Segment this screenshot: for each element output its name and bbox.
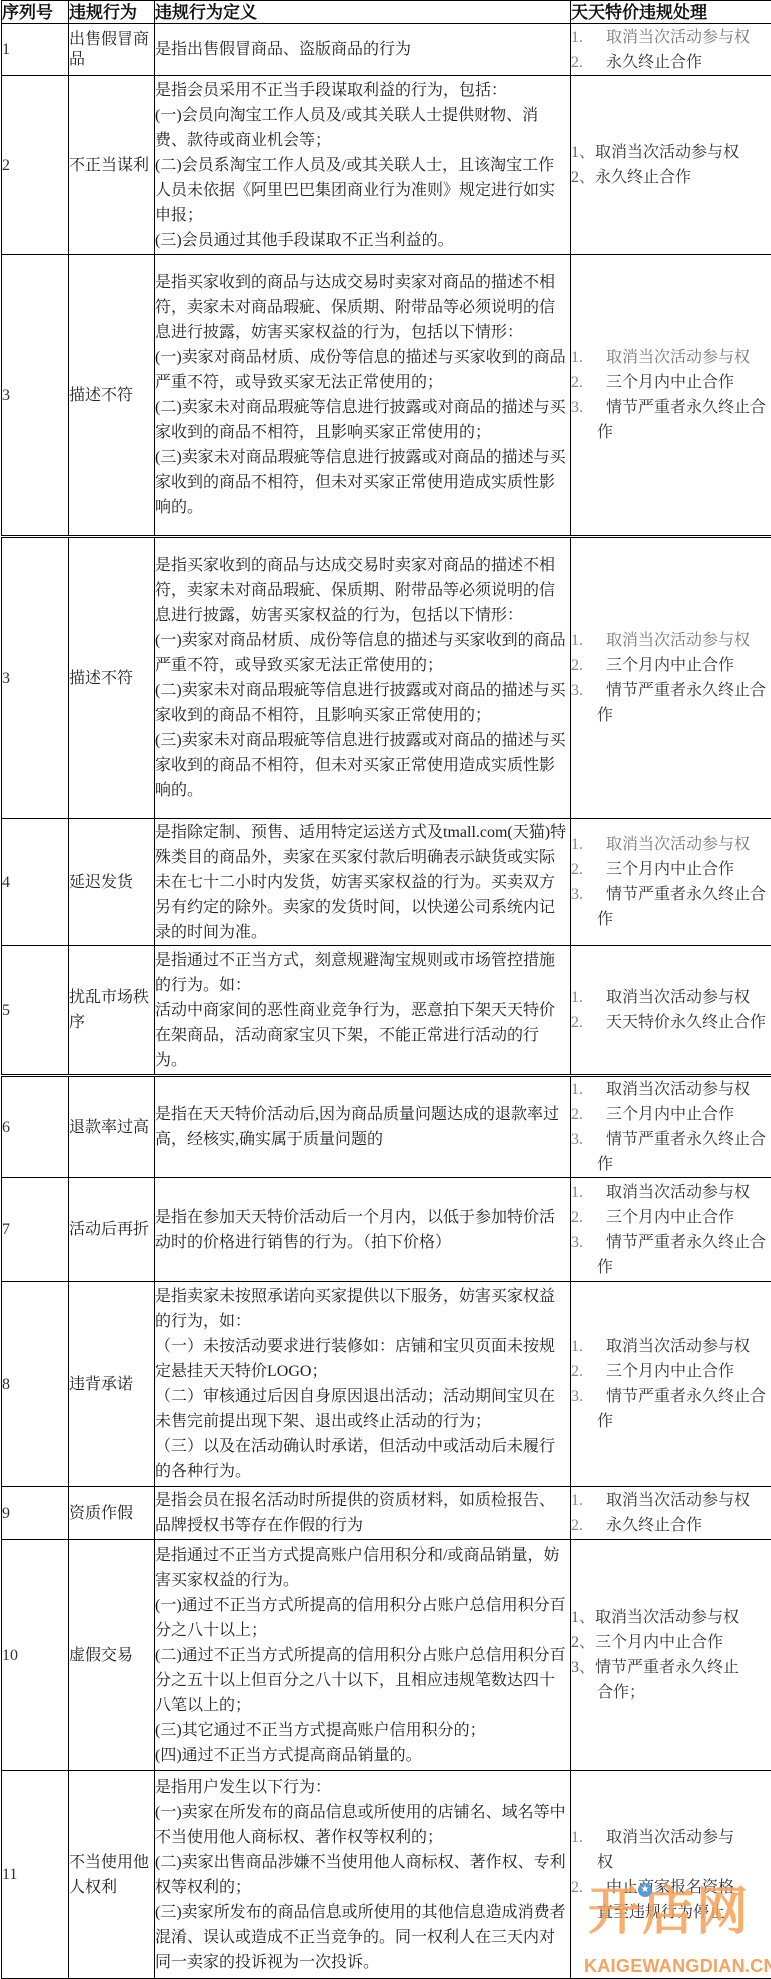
penalty-item: 2.三个月内中止合作 bbox=[571, 857, 771, 882]
definition-paragraph: (三)卖家未对商品瑕疵等信息进行披露或对商品的描述与买家收到的商品不相符，但未对… bbox=[155, 445, 570, 520]
definition-paragraph: (二)通过不正当方式所提高的信用积分占账户总信用积分百分之五十以上但百分之八十以… bbox=[155, 1643, 570, 1718]
violation-name: 虚假交易 bbox=[69, 1540, 155, 1771]
row-index: 7 bbox=[2, 1178, 69, 1282]
definition-paragraph: 是指在参加天天特价活动后一个月内，以低于参加特价活动时的价格进行销售的行为。（拍… bbox=[155, 1205, 570, 1255]
penalty-text: 取消当次活动参与权 bbox=[606, 836, 750, 853]
penalty-number: 2. bbox=[571, 1359, 606, 1384]
watermark-domain: KAIGEWANGDIAN.CN bbox=[584, 1956, 771, 1976]
penalty-item: 1、取消当次活动参与权 bbox=[571, 1605, 743, 1630]
violation-rules-table: 序列号 违规行为 违规行为定义 天天特价违规处理 1 出售假冒商品 是指出售假冒… bbox=[1, 0, 771, 1979]
definition-paragraph: 活动中商家间的恶性商业竞争行为，恶意拍下架天天特价在架商品，活动商家宝贝下架，不… bbox=[155, 998, 570, 1073]
penalty-list: 1.取消当次活动参与权 2.三个月内中止合作 3.情节严重者永久终止合作 bbox=[571, 819, 771, 946]
penalty-text: 永久终止合作 bbox=[595, 169, 691, 186]
table-row: 9 资质作假 是指会员在报名活动时所提供的资质材料，如质检报告、品牌授权书等存在… bbox=[2, 1487, 771, 1540]
definition-paragraph: (一)卖家对商品材质、成份等信息的描述与买家收到的商品严重不符，或导致买家无法正… bbox=[155, 628, 570, 678]
penalty-list: 1、取消当次活动参与权 2、永久终止合作 bbox=[571, 76, 771, 255]
penalty-text: 情节严重者永久终止合作 bbox=[597, 1388, 766, 1430]
penalty-item: 1.取消当次活动参与权 bbox=[571, 1825, 743, 1875]
penalty-text: 三个月内中止合作 bbox=[606, 1106, 734, 1123]
penalty-number: 1. bbox=[571, 1180, 606, 1205]
penalty-item: 3.情节严重者永久终止合作 bbox=[571, 1384, 771, 1434]
penalty-text: 情节严重者永久终止合作 bbox=[597, 682, 766, 724]
penalty-list: 1.取消当次活动参与权 2.天天特价永久终止合作 bbox=[571, 946, 771, 1076]
penalty-item: 1.取消当次活动参与权 bbox=[571, 1334, 771, 1359]
definition-paragraph: 是指出售假冒商品、盗版商品的行为 bbox=[155, 37, 570, 62]
violation-definition: 是指买家收到的商品与达成交易时卖家对商品的描述不相符，卖家未对商品瑕疵、保质期、… bbox=[155, 255, 571, 537]
row-index: 1 bbox=[2, 24, 69, 76]
penalty-number: 1. bbox=[571, 1488, 606, 1513]
row-index: 10 bbox=[2, 1540, 69, 1771]
penalty-number: 2. bbox=[571, 857, 606, 882]
header-penalty: 天天特价违规处理 bbox=[571, 1, 771, 24]
definition-paragraph: (一)会员向淘宝工作人员及/或其关联人士提供财物、消费、款待或商业机会等； bbox=[155, 103, 570, 153]
definition-paragraph: (三)卖家未对商品瑕疵等信息进行披露或对商品的描述与买家收到的商品不相符，但未对… bbox=[155, 728, 570, 803]
penalty-list: 1.取消当次活动参与权 2.三个月内中止合作 3.情节严重者永久终止合作 bbox=[571, 537, 771, 819]
penalty-text: 情节严重者永久终止合作 bbox=[597, 1234, 766, 1276]
definition-paragraph: (二)会员系淘宝工作人员及/或其关联人士，且该淘宝工作人员未依据《阿里巴巴集团商… bbox=[155, 153, 570, 228]
penalty-text: 取消当次活动参与权 bbox=[606, 349, 750, 366]
penalty-number: 3. bbox=[571, 882, 606, 907]
violation-name: 不当使用他人权利 bbox=[69, 1771, 155, 1979]
table-row: 7 活动后再折 是指在参加天天特价活动后一个月内，以低于参加特价活动时的价格进行… bbox=[2, 1178, 771, 1282]
definition-paragraph: (三)卖家所发布的商品信息或所使用的其他信息造成消费者混淆、误认或造成不正当竞争… bbox=[155, 1900, 570, 1975]
penalty-text: 取消当次活动参与权 bbox=[595, 144, 739, 161]
penalty-number: 1. bbox=[571, 1077, 606, 1102]
definition-paragraph: 是指会员采用不正当手段谋取利益的行为，包括： bbox=[155, 78, 570, 103]
definition-paragraph: （二）审核通过后因自身原因退出活动；活动期间宝贝在未售完前提出现下架、退出或终止… bbox=[155, 1384, 570, 1434]
penalty-item: 2.三个月内中止合作 bbox=[571, 653, 771, 678]
penalty-text: 取消当次活动参与权 bbox=[606, 1184, 750, 1201]
violation-name: 违背承诺 bbox=[69, 1282, 155, 1487]
definition-paragraph: (四)通过不正当方式提高商品销量的。 bbox=[155, 1743, 570, 1768]
row-index: 3 bbox=[2, 537, 69, 819]
penalty-number: 2. bbox=[571, 653, 606, 678]
violation-definition: 是指除定制、预售、适用特定运送方式及tmall.com(天猫)特殊类目的商品外，… bbox=[155, 819, 571, 946]
penalty-item: 2、永久终止合作 bbox=[571, 165, 771, 190]
definition-paragraph: (二)卖家未对商品瑕疵等信息进行披露或对商品的描述与买家收到的商品不相符，且影响… bbox=[155, 395, 570, 445]
penalty-number: 2. bbox=[571, 370, 606, 395]
penalty-text: 三个月内中止合作 bbox=[606, 1363, 734, 1380]
definition-paragraph: 是指买家收到的商品与达成交易时卖家对商品的描述不相符，卖家未对商品瑕疵、保质期、… bbox=[155, 270, 570, 345]
penalty-list: 1.取消当次活动参与权 2.永久终止合作 bbox=[571, 1487, 771, 1540]
penalty-list: 1、取消当次活动参与权 2、三个月内中止合作 3、情节严重者永久终止合作； bbox=[571, 1540, 771, 1771]
violation-name: 延迟发货 bbox=[69, 819, 155, 946]
penalty-text: 三个月内中止合作 bbox=[606, 861, 734, 878]
star-badge-icon: ★ bbox=[638, 1883, 652, 1897]
penalty-text: 情节严重者永久终止合作 bbox=[597, 886, 766, 928]
penalty-number: 3. bbox=[571, 1230, 606, 1255]
penalty-text: 永久终止合作 bbox=[606, 1517, 702, 1534]
violation-definition: 是指在天天特价活动后,因为商品质量问题达成的退款率过高，经核实,确实属于质量问题… bbox=[155, 1076, 571, 1178]
penalty-item: 2.三个月内中止合作 bbox=[571, 1102, 771, 1127]
penalty-number: 3. bbox=[571, 678, 606, 703]
penalty-number: 1. bbox=[571, 1334, 606, 1359]
violation-definition: 是指会员采用不正当手段谋取利益的行为，包括： (一)会员向淘宝工作人员及/或其关… bbox=[155, 76, 571, 255]
penalty-number: 1. bbox=[571, 985, 606, 1010]
definition-paragraph: (一)卖家在所发布的商品信息或所使用的店铺名、域名等中不当使用他人商标权、著作权… bbox=[155, 1800, 570, 1850]
table-row: 1 出售假冒商品 是指出售假冒商品、盗版商品的行为 1.取消当次活动参与权 2.… bbox=[2, 24, 771, 76]
penalty-number: 1、 bbox=[571, 140, 595, 165]
penalty-list: 1.取消当次活动参与权 2.三个月内中止合作 3.情节严重者永久终止合作 bbox=[571, 1076, 771, 1178]
penalty-text: 取消当次活动参与权 bbox=[606, 989, 750, 1006]
penalty-item: 1.取消当次活动参与权 bbox=[571, 1180, 771, 1205]
violation-definition: 是指在参加天天特价活动后一个月内，以低于参加特价活动时的价格进行销售的行为。（拍… bbox=[155, 1178, 571, 1282]
penalty-item: 1.取消当次活动参与权 bbox=[571, 628, 771, 653]
violation-definition: 是指会员在报名活动时所提供的资质材料，如质检报告、品牌授权书等存在作假的行为 bbox=[155, 1487, 571, 1540]
penalty-text: 取消当次活动参与权 bbox=[606, 29, 750, 46]
violation-name: 描述不符 bbox=[69, 255, 155, 537]
penalty-item: 2.三个月内中止合作 bbox=[571, 1359, 771, 1384]
table-row: 2 不正当谋利 是指会员采用不正当手段谋取利益的行为，包括： (一)会员向淘宝工… bbox=[2, 76, 771, 255]
table-row: 11 不当使用他人权利 是指用户发生以下行为： (一)卖家在所发布的商品信息或所… bbox=[2, 1771, 771, 1979]
penalty-item: 1.取消当次活动参与权 bbox=[571, 1077, 771, 1102]
definition-paragraph: (三)会员通过其他手段谋取不正当利益的。 bbox=[155, 228, 570, 253]
definition-paragraph: (二)卖家未对商品瑕疵等信息进行披露或对商品的描述与买家收到的商品不相符，且影响… bbox=[155, 678, 570, 728]
penalty-list: 1.取消当次活动参与权 2.中止商家报名资格直至违规行为停止 bbox=[571, 1771, 771, 1979]
violation-definition: 是指卖家未按照承诺向买家提供以下服务，妨害买家权益的行为，如： （一）未按活动要… bbox=[155, 1282, 571, 1487]
table-row: 5 扰乱市场秩序 是指通过不正当方式，刻意规避淘宝规则或市场管控措施的行为。如：… bbox=[2, 946, 771, 1076]
penalty-number: 2、 bbox=[571, 1630, 595, 1655]
header-index: 序列号 bbox=[2, 1, 69, 24]
watermark-logo: 开店网 bbox=[588, 1880, 750, 1944]
table-row: 3 描述不符 是指买家收到的商品与达成交易时卖家对商品的描述不相符，卖家未对商品… bbox=[2, 255, 771, 537]
table-row: 3 描述不符 是指买家收到的商品与达成交易时卖家对商品的描述不相符，卖家未对商品… bbox=[2, 537, 771, 819]
penalty-item: 2.天天特价永久终止合作 bbox=[571, 1010, 771, 1035]
penalty-text: 取消当次活动参与权 bbox=[606, 1338, 750, 1355]
violation-definition: 是指买家收到的商品与达成交易时卖家对商品的描述不相符，卖家未对商品瑕疵、保质期、… bbox=[155, 537, 571, 819]
penalty-text: 永久终止合作 bbox=[606, 54, 702, 71]
penalty-number: 3、 bbox=[571, 1655, 595, 1680]
penalty-text: 情节严重者永久终止合作 bbox=[597, 399, 766, 441]
definition-paragraph: (一)卖家对商品材质、成份等信息的描述与买家收到的商品严重不符，或导致买家无法正… bbox=[155, 345, 570, 395]
definition-paragraph: (二)卖家出售商品涉嫌不当使用他人商标权、著作权、专利权等权利的； bbox=[155, 1850, 570, 1900]
violation-definition: 是指通过不正当方式，刻意规避淘宝规则或市场管控措施的行为。如： 活动中商家间的恶… bbox=[155, 946, 571, 1076]
penalty-number: 1. bbox=[571, 1825, 606, 1850]
row-index: 11 bbox=[2, 1771, 69, 1979]
violation-name: 活动后再折 bbox=[69, 1178, 155, 1282]
penalty-item: 3、情节严重者永久终止合作； bbox=[571, 1655, 743, 1705]
violation-name: 扰乱市场秩序 bbox=[69, 946, 155, 1076]
violation-name: 不正当谋利 bbox=[69, 76, 155, 255]
definition-paragraph: 是指用户发生以下行为： bbox=[155, 1775, 570, 1800]
penalty-text: 取消当次活动参与权 bbox=[595, 1609, 739, 1626]
penalty-item: 2.永久终止合作 bbox=[571, 1513, 771, 1538]
penalty-item: 2.三个月内中止合作 bbox=[571, 370, 771, 395]
table-row: 10 虚假交易 是指通过不正当方式提高账户信用积分和/或商品销量，妨害买家权益的… bbox=[2, 1540, 771, 1771]
definition-paragraph: （一）未按活动要求进行装修如：店铺和宝贝页面未按规定悬挂天天特价LOGO； bbox=[155, 1334, 570, 1384]
definition-paragraph: 是指通过不正当方式，刻意规避淘宝规则或市场管控措施的行为。如： bbox=[155, 948, 570, 998]
penalty-text: 情节严重者永久终止合作； bbox=[595, 1659, 739, 1701]
violation-name: 描述不符 bbox=[69, 537, 155, 819]
row-index: 2 bbox=[2, 76, 69, 255]
row-index: 5 bbox=[2, 946, 69, 1076]
penalty-item: 2、三个月内中止合作 bbox=[571, 1630, 743, 1655]
violation-name: 资质作假 bbox=[69, 1487, 155, 1540]
row-index: 6 bbox=[2, 1076, 69, 1178]
penalty-item: 3.情节严重者永久终止合作 bbox=[571, 395, 771, 445]
penalty-text: 取消当次活动参与权 bbox=[606, 632, 750, 649]
penalty-number: 2、 bbox=[571, 165, 595, 190]
table-row: 4 延迟发货 是指除定制、预售、适用特定运送方式及tmall.com(天猫)特殊… bbox=[2, 819, 771, 946]
penalty-item: 3.情节严重者永久终止合作 bbox=[571, 882, 771, 932]
penalty-number: 1. bbox=[571, 345, 606, 370]
penalty-number: 3. bbox=[571, 395, 606, 420]
penalty-number: 2. bbox=[571, 50, 606, 75]
definition-paragraph: (三)其它通过不正当方式提高账户信用积分的； bbox=[155, 1718, 570, 1743]
definition-paragraph: 是指会员在报名活动时所提供的资质材料，如质检报告、品牌授权书等存在作假的行为 bbox=[155, 1488, 570, 1538]
penalty-number: 1. bbox=[571, 25, 606, 50]
definition-paragraph: （三）以及在活动确认时承诺，但活动中或活动后未履行的各种行为。 bbox=[155, 1434, 570, 1484]
penalty-item: 1.取消当次活动参与权 bbox=[571, 1488, 771, 1513]
penalty-item: 3.情节严重者永久终止合作 bbox=[571, 1127, 771, 1177]
penalty-item: 1.取消当次活动参与权 bbox=[571, 25, 771, 50]
penalty-item: 1.取消当次活动参与权 bbox=[571, 832, 771, 857]
penalty-text: 取消当次活动参与权 bbox=[597, 1829, 734, 1871]
penalty-item: 3.情节严重者永久终止合作 bbox=[571, 1230, 771, 1280]
table-header-row: 序列号 违规行为 违规行为定义 天天特价违规处理 bbox=[2, 1, 771, 24]
penalty-text: 取消当次活动参与权 bbox=[606, 1081, 750, 1098]
table-row: 6 退款率过高 是指在天天特价活动后,因为商品质量问题达成的退款率过高，经核实,… bbox=[2, 1076, 771, 1178]
violation-name: 出售假冒商品 bbox=[69, 24, 155, 76]
header-violation: 违规行为 bbox=[69, 1, 155, 24]
violation-definition: 是指用户发生以下行为： (一)卖家在所发布的商品信息或所使用的店铺名、域名等中不… bbox=[155, 1771, 571, 1979]
penalty-number: 2. bbox=[571, 1513, 606, 1538]
row-index: 4 bbox=[2, 819, 69, 946]
definition-paragraph: 是指卖家未按照承诺向买家提供以下服务，妨害买家权益的行为，如： bbox=[155, 1284, 570, 1334]
penalty-item: 2.三个月内中止合作 bbox=[571, 1205, 771, 1230]
definition-paragraph: 是指通过不正当方式提高账户信用积分和/或商品销量，妨害买家权益的行为。 bbox=[155, 1543, 570, 1593]
penalty-item: 1、取消当次活动参与权 bbox=[571, 140, 771, 165]
penalty-item: 2.永久终止合作 bbox=[571, 50, 771, 75]
penalty-number: 2. bbox=[571, 1205, 606, 1230]
table-row: 8 违背承诺 是指卖家未按照承诺向买家提供以下服务，妨害买家权益的行为，如： （… bbox=[2, 1282, 771, 1487]
violation-name: 退款率过高 bbox=[69, 1076, 155, 1178]
penalty-item: 1.取消当次活动参与权 bbox=[571, 345, 771, 370]
penalty-text: 三个月内中止合作 bbox=[606, 657, 734, 674]
definition-paragraph: (一)通过不正当方式所提高的信用积分占账户总信用积分百分之八十以上； bbox=[155, 1593, 570, 1643]
penalty-number: 1、 bbox=[571, 1605, 595, 1630]
penalty-text: 情节严重者永久终止合作 bbox=[597, 1131, 766, 1173]
penalty-text: 三个月内中止合作 bbox=[595, 1634, 723, 1651]
penalty-list: 1.取消当次活动参与权 2.永久终止合作 bbox=[571, 24, 771, 76]
definition-paragraph: 是指除定制、预售、适用特定运送方式及tmall.com(天猫)特殊类目的商品外，… bbox=[155, 820, 570, 945]
penalty-text: 三个月内中止合作 bbox=[606, 374, 734, 391]
penalty-number: 2. bbox=[571, 1102, 606, 1127]
row-index: 3 bbox=[2, 255, 69, 537]
penalty-item: 1.取消当次活动参与权 bbox=[571, 985, 771, 1010]
penalty-text: 天天特价永久终止合作 bbox=[606, 1014, 766, 1031]
penalty-text: 取消当次活动参与权 bbox=[606, 1492, 750, 1509]
row-index: 8 bbox=[2, 1282, 69, 1487]
penalty-number: 1. bbox=[571, 832, 606, 857]
penalty-list: 1.取消当次活动参与权 2.三个月内中止合作 3.情节严重者永久终止合作 bbox=[571, 1178, 771, 1282]
violation-definition: 是指通过不正当方式提高账户信用积分和/或商品销量，妨害买家权益的行为。 (一)通… bbox=[155, 1540, 571, 1771]
penalty-number: 1. bbox=[571, 628, 606, 653]
header-definition: 违规行为定义 bbox=[155, 1, 571, 24]
penalty-item: 3.情节严重者永久终止合作 bbox=[571, 678, 771, 728]
definition-paragraph: 是指在天天特价活动后,因为商品质量问题达成的退款率过高，经核实,确实属于质量问题… bbox=[155, 1102, 570, 1152]
definition-paragraph: 是指买家收到的商品与达成交易时卖家对商品的描述不相符，卖家未对商品瑕疵、保质期、… bbox=[155, 553, 570, 628]
penalty-text: 三个月内中止合作 bbox=[606, 1209, 734, 1226]
penalty-list: 1.取消当次活动参与权 2.三个月内中止合作 3.情节严重者永久终止合作 bbox=[571, 255, 771, 537]
penalty-number: 2. bbox=[571, 1010, 606, 1035]
violation-definition: 是指出售假冒商品、盗版商品的行为 bbox=[155, 24, 571, 76]
row-index: 9 bbox=[2, 1487, 69, 1540]
penalty-number: 3. bbox=[571, 1384, 606, 1409]
penalty-list: 1.取消当次活动参与权 2.三个月内中止合作 3.情节严重者永久终止合作 bbox=[571, 1282, 771, 1487]
penalty-number: 3. bbox=[571, 1127, 606, 1152]
